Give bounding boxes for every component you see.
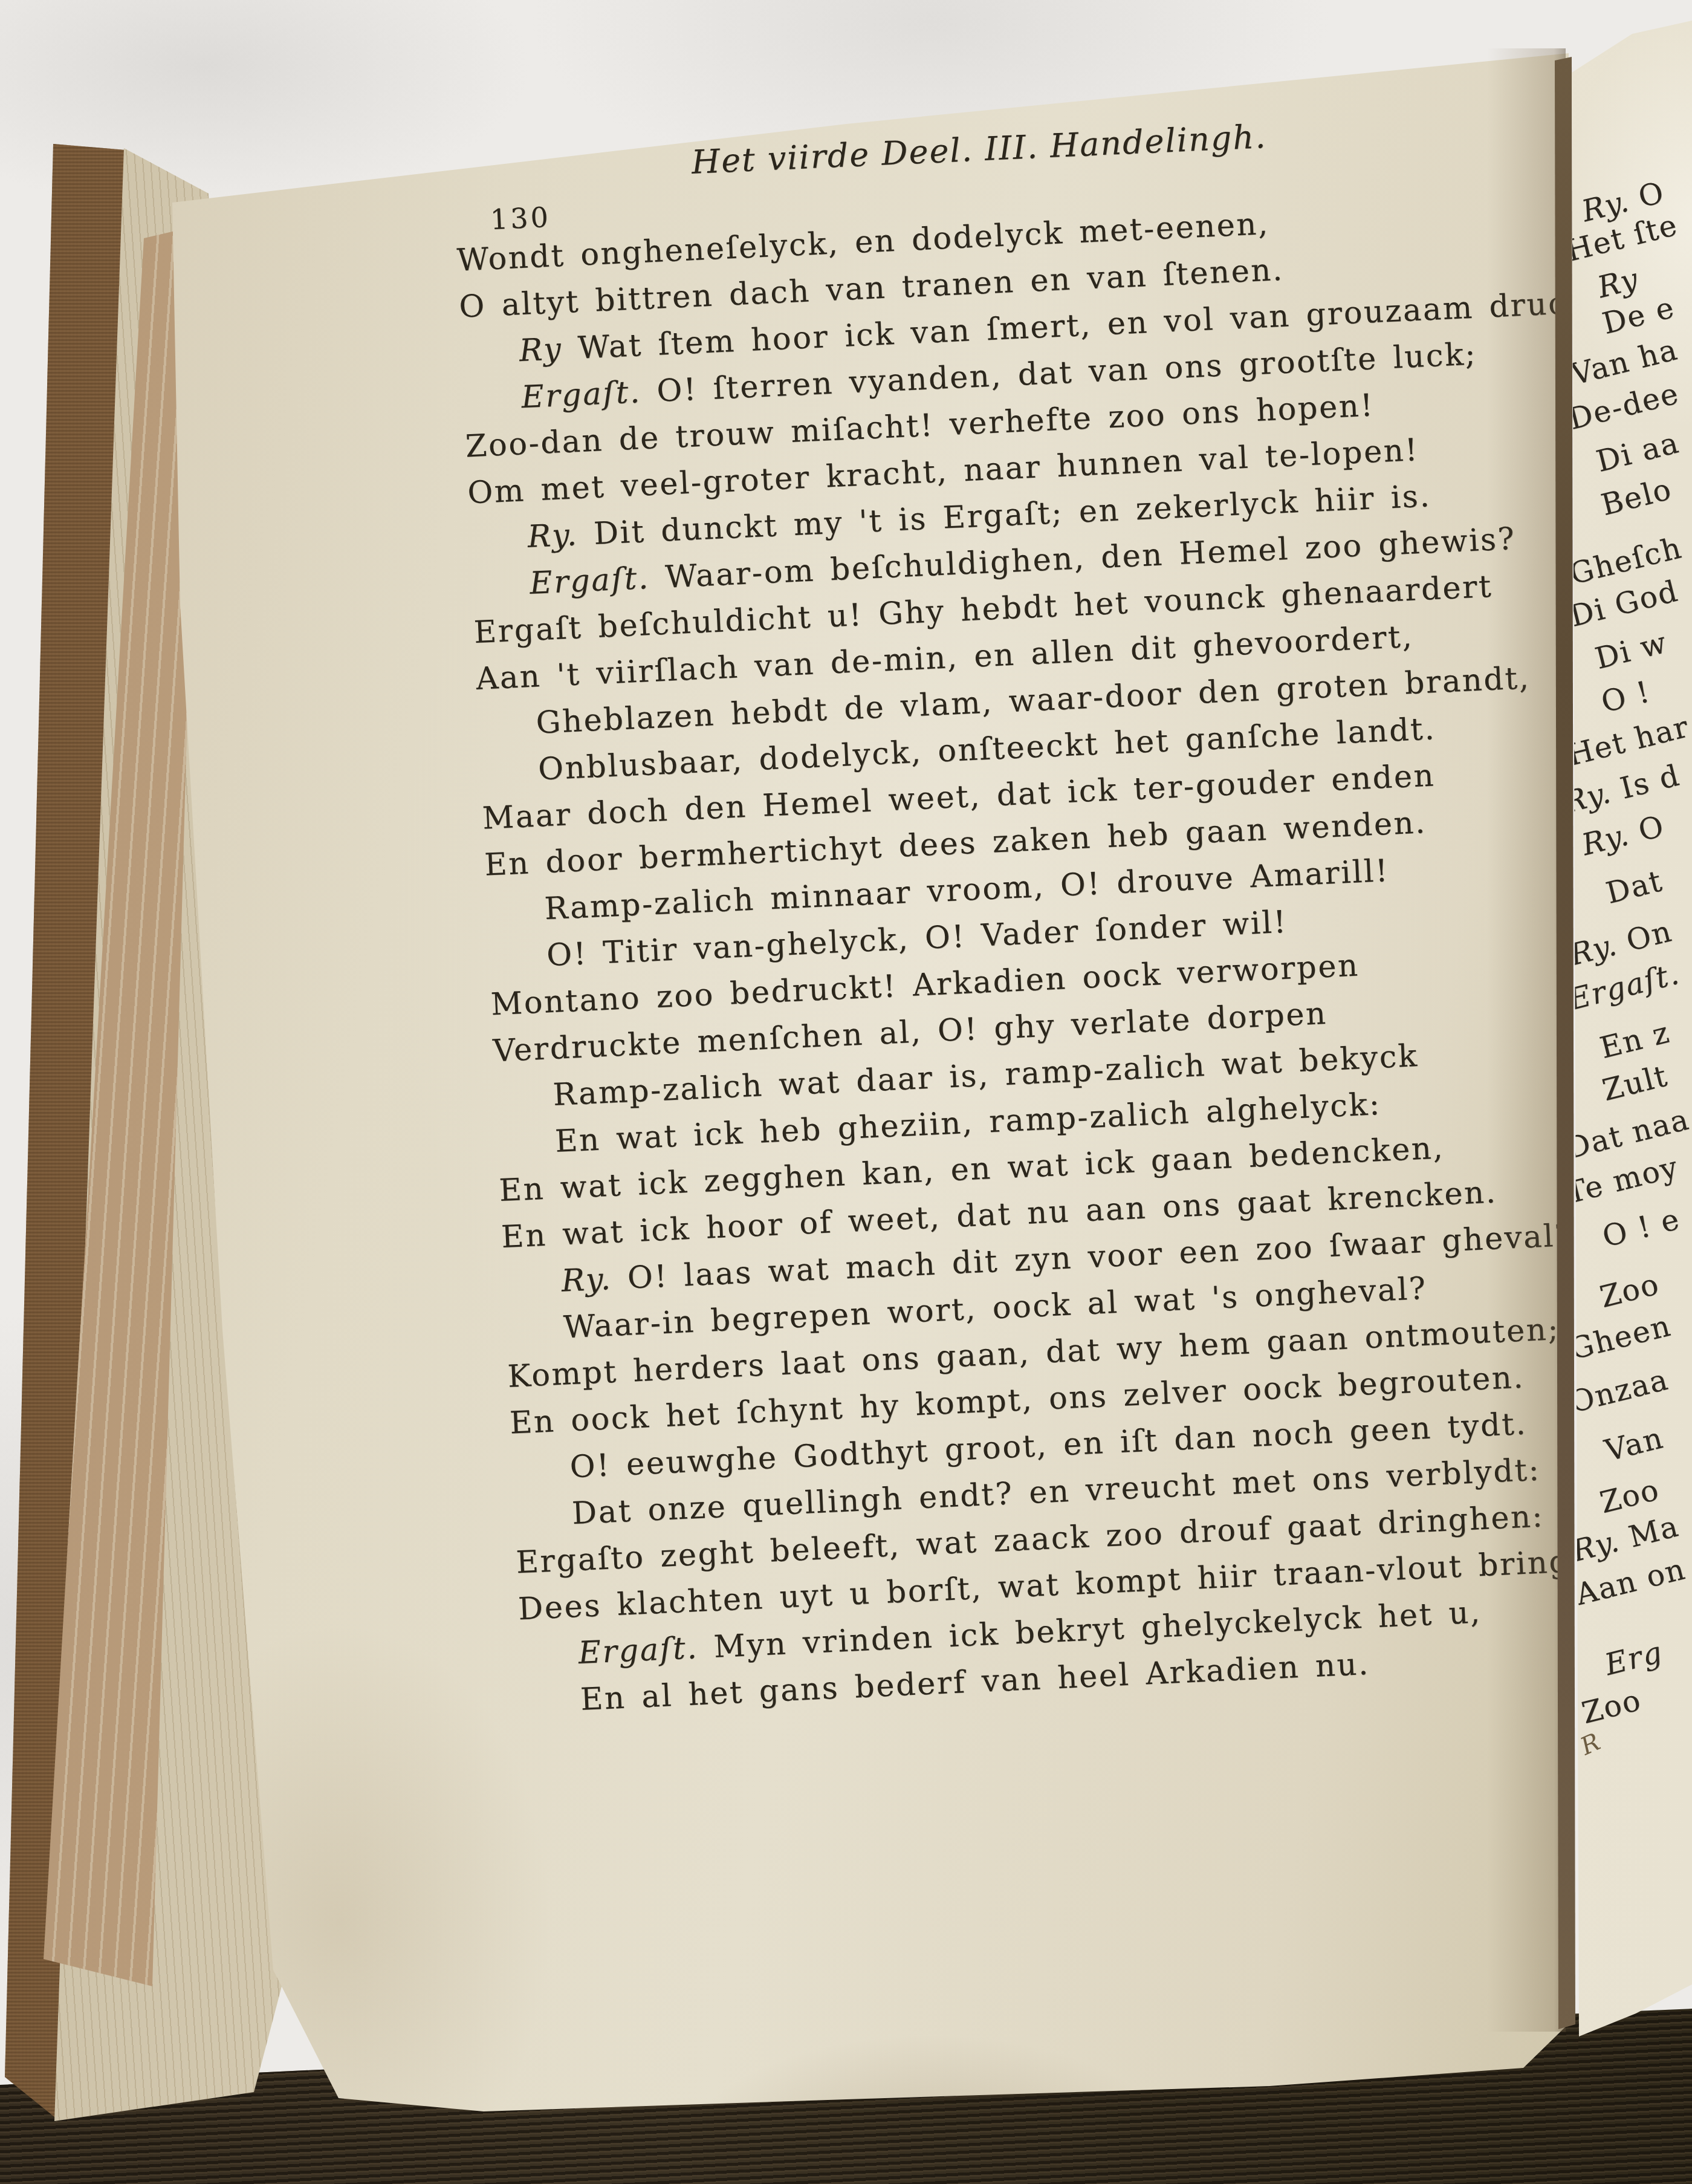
poem-lines: Wondt ongheneſelyck, en dodelyck met-een…: [456, 184, 1692, 1726]
speaker-label: Ry.: [1569, 1524, 1623, 1568]
speaker-label: Ry.: [1566, 928, 1621, 972]
speaker-label: Ry: [519, 331, 563, 369]
speaker-label: Ergaſt.: [529, 561, 650, 602]
running-header: Het viirde Deel. III. Handelingh.: [691, 117, 1268, 181]
page-edge-fragment: Zoo: [1596, 1267, 1663, 1315]
left-book-page: Het viirde Deel. III. Handelingh. 130 Wo…: [0, 0, 1692, 2184]
page-edge-fragment: Belo: [1598, 472, 1675, 522]
page-edge-fragment: Van: [1601, 1420, 1667, 1468]
page-edge-fragment: Onzaa: [1566, 1362, 1672, 1420]
page-edge-fragment: O !: [1598, 674, 1654, 720]
speaker-label: Erg: [1601, 1634, 1666, 1682]
page-edge-fragment: Di w: [1592, 625, 1671, 676]
page-edge-fragment: Gheen: [1566, 1308, 1674, 1367]
page-edge-fragment: Zoo: [1596, 1472, 1663, 1520]
speaker-label: Ergaſt.: [577, 1630, 699, 1671]
page-edge-fragment: Di aa: [1593, 425, 1683, 479]
page-number: 130: [490, 201, 551, 236]
page-edge-fragment: Zult: [1599, 1058, 1671, 1108]
printed-text-block: Het viirde Deel. III. Handelingh. 130 Wo…: [452, 100, 1692, 1726]
page-edge-fragment: O ! e: [1599, 1201, 1684, 1254]
speaker-label: Ergaſt.: [520, 374, 642, 415]
signature-mark: R: [1577, 1728, 1604, 1761]
speaker-label: Ry.: [1578, 817, 1633, 862]
page-edge-fragment: En z: [1596, 1015, 1673, 1066]
speaker-label: Ry.: [560, 1261, 612, 1299]
speaker-label: Ry.: [527, 517, 579, 555]
page-edge-fragment: Dat: [1603, 863, 1666, 911]
page-edge-fragment: Erg: [1601, 1634, 1666, 1682]
page-edge-fragment: Zoo: [1578, 1683, 1645, 1731]
page-edge-fragment: Ry. O: [1578, 808, 1668, 862]
